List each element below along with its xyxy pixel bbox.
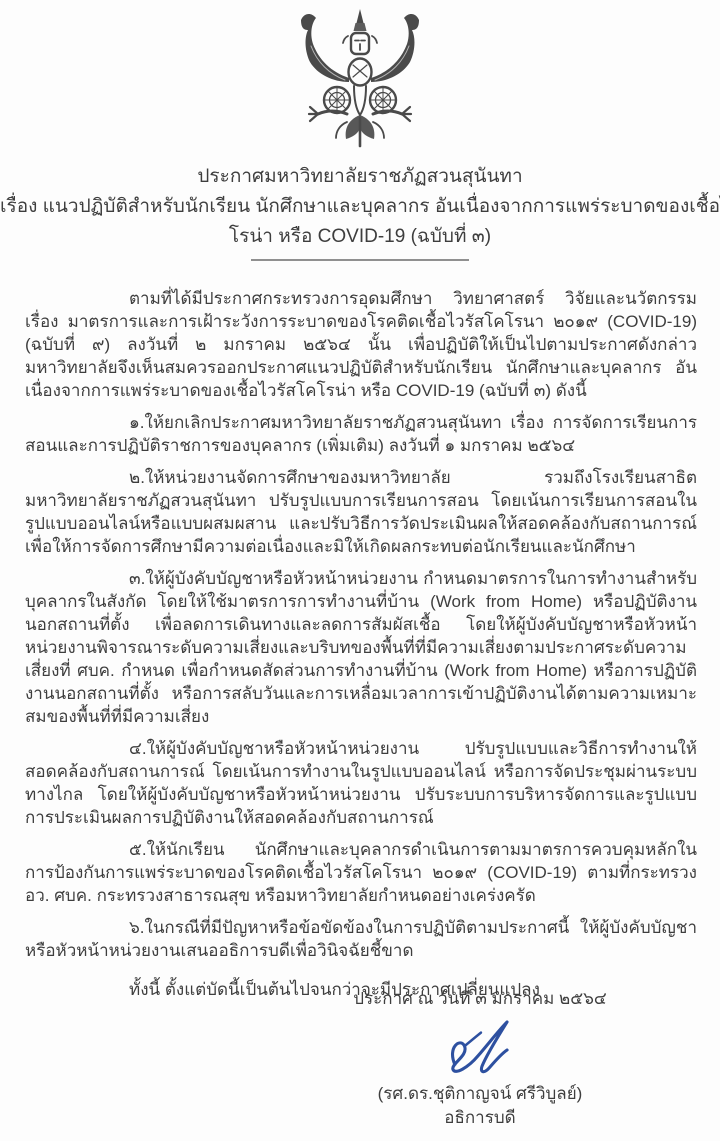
title-line-1: ประกาศมหาวิทยาลัยราชภัฏสวนสุนันทา bbox=[0, 162, 720, 192]
announcement-page: ประกาศมหาวิทยาลัยราชภัฏสวนสุนันทา เรื่อง… bbox=[0, 0, 720, 1141]
paragraph-item-3: ๓.ให้ผู้บังคับบัญชาหรือหัวหน้าหน่วยงาน ก… bbox=[25, 567, 697, 728]
announcement-body: ตามที่ได้มีประกาศกระทรวงการอุดมศึกษา วิท… bbox=[25, 287, 697, 1001]
title-block: ประกาศมหาวิทยาลัยราชภัฏสวนสุนันทา เรื่อง… bbox=[0, 162, 720, 252]
paragraph-item-5: ๕.ให้นักเรียน นักศึกษาและบุคลากรดำเนินกา… bbox=[25, 838, 697, 907]
announcement-date: ประกาศ ณ วันที่ ๓ มกราคม ๒๕๖๔ bbox=[318, 988, 642, 1010]
signatory-role: อธิการบดี bbox=[318, 1106, 642, 1130]
paragraph-item-2: ๒.ให้หน่วยงานจัดการศึกษาของมหาวิทยาลัย ร… bbox=[25, 466, 697, 558]
title-divider bbox=[251, 259, 469, 261]
paragraph-item-4: ๔.ให้ผู้บังคับบัญชาหรือหัวหน้าหน่วยงาน ป… bbox=[25, 737, 697, 829]
signature-block: ประกาศ ณ วันที่ ๓ มกราคม ๒๕๖๔ (รศ.ดร.ชุต… bbox=[318, 988, 642, 1130]
paragraph-item-6: ๖.ในกรณีที่มีปัญหาหรือข้อขัดข้องในการปฏิ… bbox=[25, 916, 697, 962]
handwritten-signature-icon bbox=[422, 1018, 538, 1082]
paragraph-item-1: ๑.ให้ยกเลิกประกาศมหาวิทยาลัยราชภัฏสวนสุน… bbox=[25, 411, 697, 457]
signatory-name: (รศ.ดร.ชุติกาญจน์ ศรีวิบูลย์) bbox=[318, 1082, 642, 1106]
title-line-2: เรื่อง แนวปฏิบัติสำหรับนักเรียน นักศึกษา… bbox=[0, 192, 720, 222]
paragraph-preamble: ตามที่ได้มีประกาศกระทรวงการอุดมศึกษา วิท… bbox=[25, 287, 697, 402]
garuda-emblem-icon bbox=[285, 8, 435, 148]
title-line-3: โรน่า หรือ COVID-19 (ฉบับที่ ๓) bbox=[0, 222, 720, 252]
